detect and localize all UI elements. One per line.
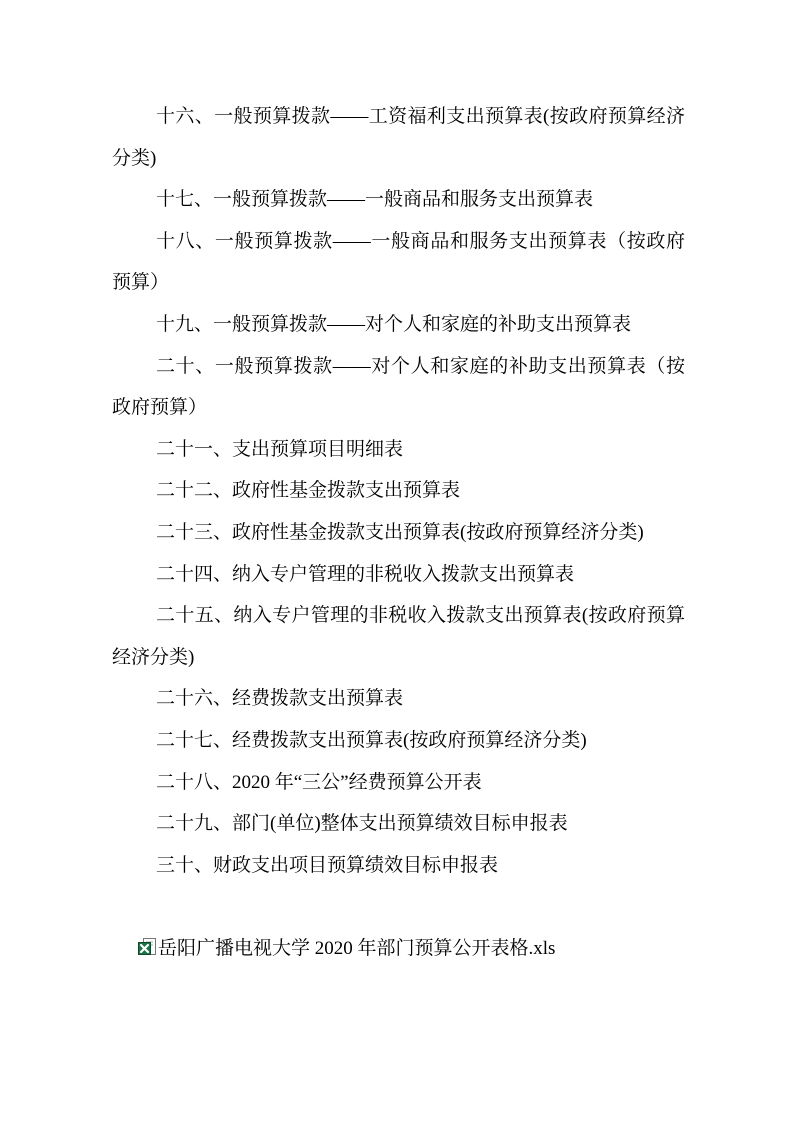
list-item: 二十二、政府性基金拨款支出预算表	[112, 470, 685, 512]
list-item: 二十四、纳入专户管理的非税收入拨款支出预算表	[112, 554, 685, 596]
list-item: 二十八、2020 年“三公”经费预算公开表	[112, 762, 685, 804]
attachment-filename: 岳阳广播电视大学 2020 年部门预算公开表格.xls	[158, 938, 555, 959]
list-item: 二十七、经费拨款支出预算表(按政府预算经济分类)	[112, 720, 685, 762]
list-item: 三十、财政支出项目预算绩效目标申报表	[112, 845, 685, 887]
list-item: 十九、一般预算拨款——对个人和家庭的补助支出预算表	[112, 304, 685, 346]
excel-file-icon	[138, 931, 157, 950]
list-item: 十八、一般预算拨款——一般商品和服务支出预算表（按政府预算）	[112, 221, 685, 304]
list-item: 二十九、部门(单位)整体支出预算绩效目标申报表	[112, 803, 685, 845]
list-item: 十六、一般预算拨款——工资福利支出预算表(按政府预算经济分类)	[112, 96, 685, 179]
list-item: 二十六、经费拨款支出预算表	[112, 678, 685, 720]
list-item: 二十一、支出预算项目明细表	[112, 429, 685, 471]
attachment-link[interactable]: 岳阳广播电视大学 2020 年部门预算公开表格.xls	[112, 928, 685, 970]
list-item: 二十、一般预算拨款——对个人和家庭的补助支出预算表（按政府预算）	[112, 346, 685, 429]
document-page: 十六、一般预算拨款——工资福利支出预算表(按政府预算经济分类) 十七、一般预算拨…	[0, 0, 793, 1122]
list-item: 十七、一般预算拨款——一般商品和服务支出预算表	[112, 179, 685, 221]
list-item: 二十五、纳入专户管理的非税收入拨款支出预算表(按政府预算经济分类)	[112, 595, 685, 678]
list-item: 二十三、政府性基金拨款支出预算表(按政府预算经济分类)	[112, 512, 685, 554]
